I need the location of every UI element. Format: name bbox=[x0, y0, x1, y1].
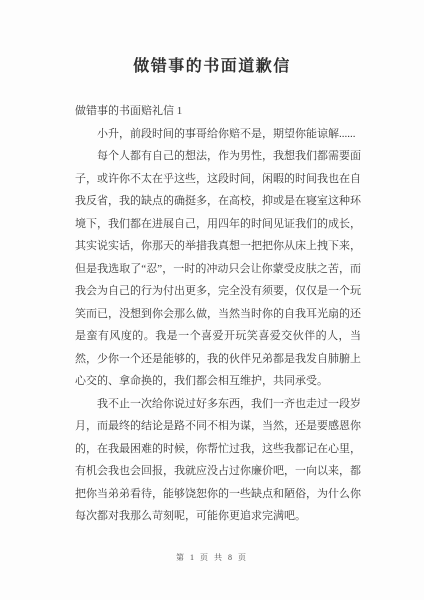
document-page: 做错事的书面道歉信 做错事的书面赔礼信 1 小升，前段时间的事哥给你赔不是，期望… bbox=[0, 0, 424, 600]
subtitle-line: 做错事的书面赔礼信 1 bbox=[75, 100, 361, 123]
document-body: 做错事的书面赔礼信 1 小升，前段时间的事哥给你赔不是，期望你能谅解......… bbox=[75, 100, 361, 528]
paragraph: 每个人都有自己的想法，作为男性，我想我们都需要面子，或许你不太在乎这些，这段时间… bbox=[75, 145, 361, 393]
paragraph: 小升，前段时间的事哥给你赔不是，期望你能谅解...... bbox=[75, 123, 361, 146]
paragraph: 我不止一次给你说过好多东西，我们一齐也走过一段岁月，而最终的结论是路不同不相为谋… bbox=[75, 393, 361, 528]
page-number-footer: 第 1 页 共 8 页 bbox=[0, 552, 424, 563]
page-title: 做错事的书面道歉信 bbox=[69, 56, 355, 77]
